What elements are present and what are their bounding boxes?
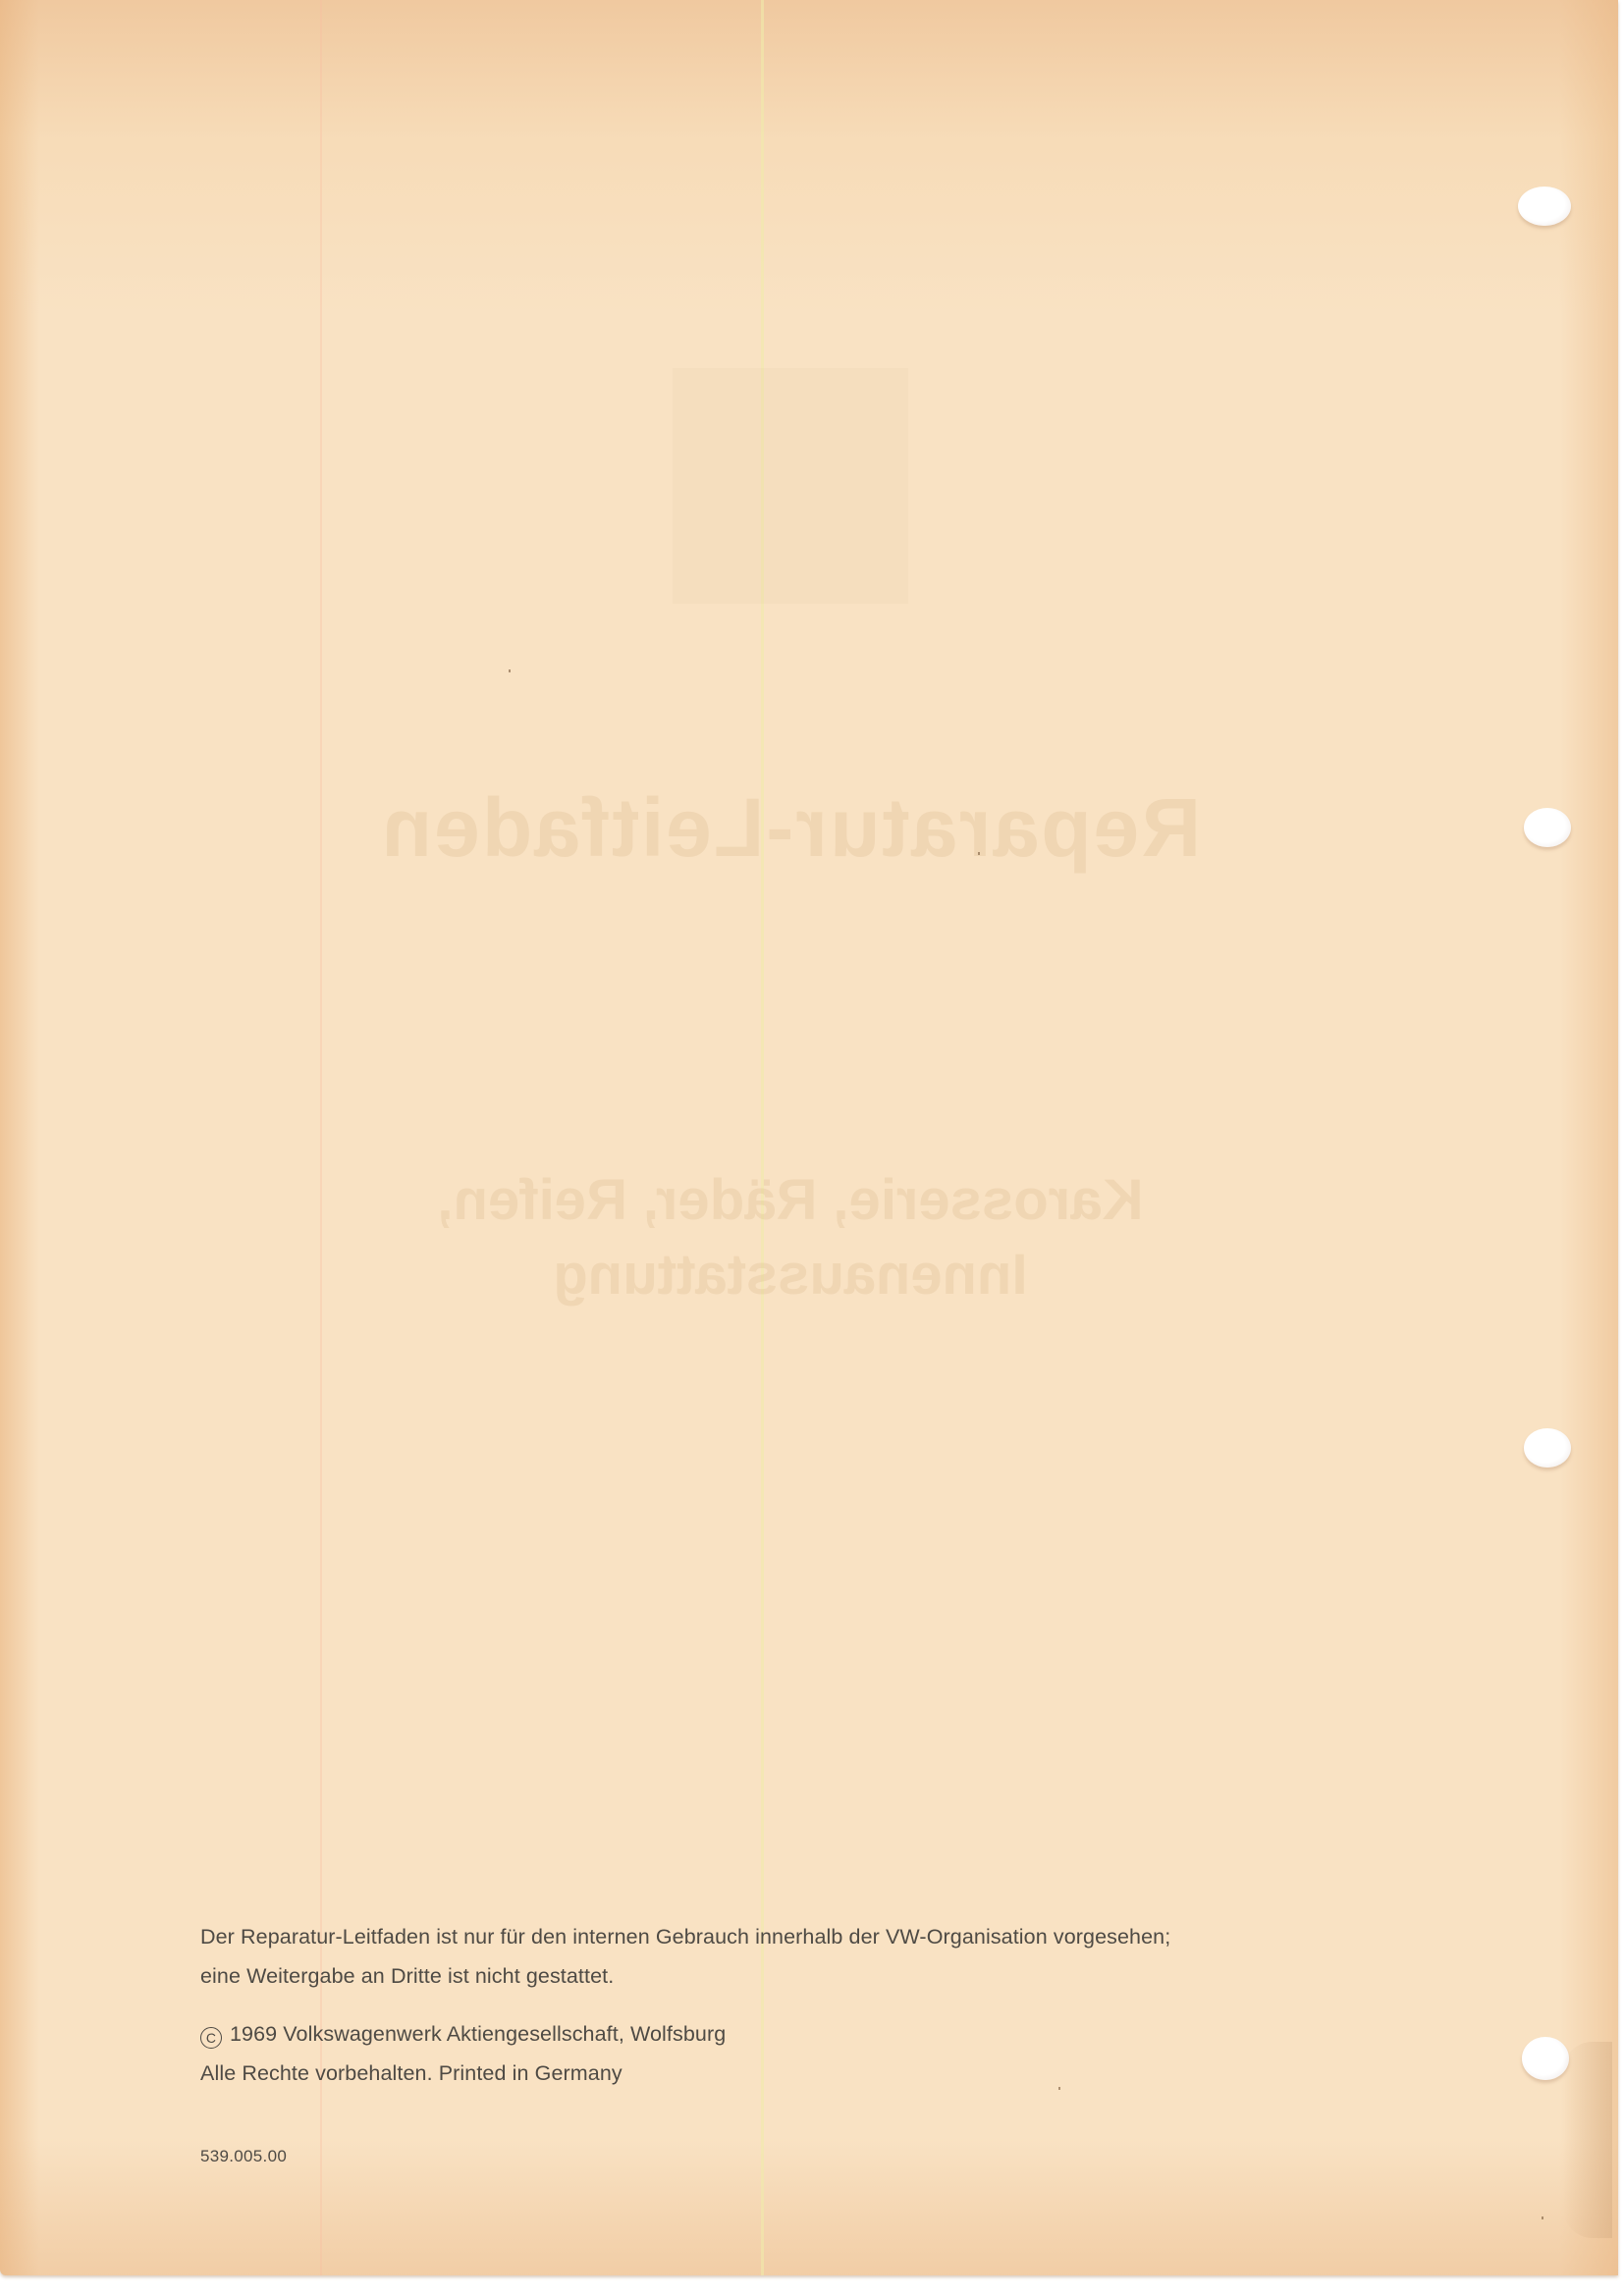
punch-hole: [1524, 808, 1571, 847]
rights-line: Alle Rechte vorbehalten. Printed in Germ…: [200, 2054, 726, 2093]
show-through-subtitle: Karosserie, Räder, Reifen, Innenausstatt…: [373, 1163, 1208, 1312]
document-number: 539.005.00: [200, 2147, 287, 2166]
show-through-logo: [673, 368, 908, 604]
copyright-notice: C1969 Volkswagenwerk Aktiengesellschaft,…: [200, 2014, 726, 2093]
punch-hole: [1518, 187, 1571, 226]
usage-notice: Der Reparatur-Leitfaden ist nur für den …: [200, 1917, 1170, 1996]
paper-speck: [509, 669, 511, 672]
copyright-icon: C: [200, 2027, 222, 2049]
paper-speck: [1058, 2087, 1060, 2090]
paper-speck: [1542, 2216, 1543, 2219]
paper-page: Reparatur-Leitfaden Karosserie, Räder, R…: [0, 0, 1618, 2275]
show-through-subtitle-line: Karosserie, Räder, Reifen,: [373, 1163, 1208, 1238]
paper-speck: [978, 852, 980, 855]
copyright-line: C1969 Volkswagenwerk Aktiengesellschaft,…: [200, 2014, 726, 2054]
show-through-subtitle-line: Innenausstattung: [373, 1238, 1208, 1312]
usage-notice-line: Der Reparatur-Leitfaden ist nur für den …: [200, 1917, 1170, 1956]
punch-hole: [1522, 2037, 1569, 2080]
show-through-title: Reparatur-Leitfaden: [373, 780, 1208, 876]
punch-hole: [1524, 1428, 1571, 1468]
copyright-text: 1969 Volkswagenwerk Aktiengesellschaft, …: [230, 2022, 726, 2046]
usage-notice-line: eine Weitergabe an Dritte ist nicht gest…: [200, 1956, 1170, 1996]
paper-edge-wear: [1563, 2042, 1612, 2238]
